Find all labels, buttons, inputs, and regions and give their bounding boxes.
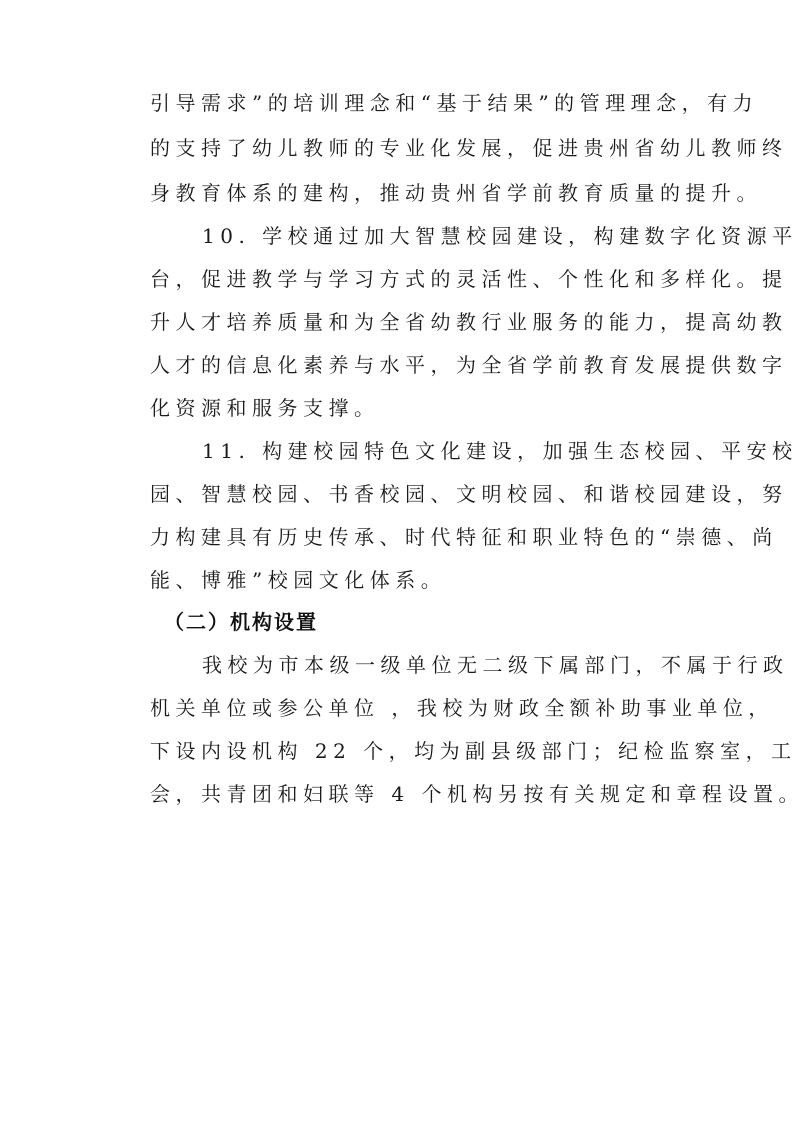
paragraph-line: 人才的信息化素养与水平，为全省学前教育发展提供数字 [150, 350, 674, 380]
paragraph-line: 升人才培养质量和为全省幼教行业服务的能力，提高幼教 [150, 307, 674, 337]
paragraph-line: 台，促进教学与学习方式的灵活性、个性化和多样化。提 [150, 264, 674, 294]
paragraph-line: 身教育体系的建构，推动贵州省学前教育质量的提升。 [150, 178, 674, 208]
paragraph-line: 园、智慧校园、书香校园、文明校园、和谐校园建设，努 [150, 479, 674, 509]
paragraph-line: 的支持了幼儿教师的专业化发展，促进贵州省幼儿教师终 [150, 133, 674, 163]
section-heading: （二）机构设置 [164, 607, 318, 637]
paragraph-line: 引导需求”的培训理念和“基于结果”的管理理念，有力 [150, 88, 674, 118]
paragraph-line: 我校为市本级一级单位无二级下属部门，不属于行政 [202, 650, 674, 680]
paragraph-line: 能、博雅”校园文化体系。 [150, 565, 674, 595]
paragraph-line: 会，共青团和妇联等 4 个机构另按有关规定和章程设置。 [150, 779, 674, 809]
paragraph-line: 力构建具有历史传承、时代特征和职业特色的“崇德、尚 [150, 522, 674, 552]
paragraph-line: 化资源和服务支撑。 [150, 393, 674, 423]
document-page: 引导需求”的培训理念和“基于结果”的管理理念，有力 的支持了幼儿教师的专业化发展… [0, 0, 793, 1122]
paragraph-line: 机关单位或参公单位 ，我校为财政全额补助事业单位， [150, 693, 674, 723]
paragraph-line: 下设内设机构 22 个，均为副县级部门；纪检监察室，工 [150, 736, 674, 766]
paragraph-line: 11. 构建校园特色文化建设，加强生态校园、平安校 [202, 436, 674, 466]
paragraph-line: 10. 学校通过加大智慧校园建设，构建数字化资源平 [202, 221, 674, 251]
